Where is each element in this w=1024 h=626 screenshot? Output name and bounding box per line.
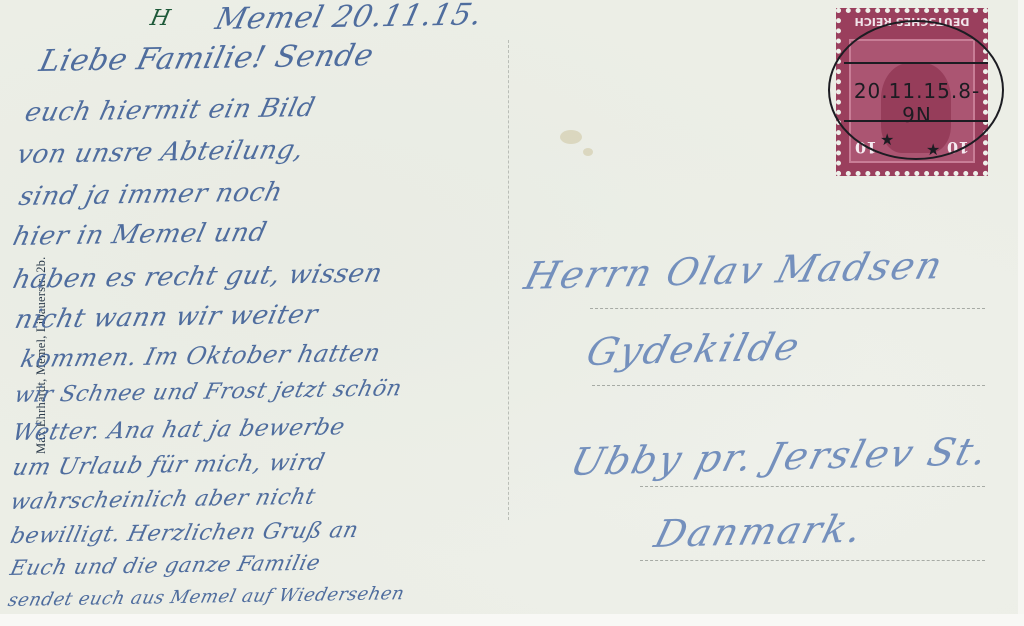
postcard: Max Ehrhardt, Memel, Libauerstr. 2b. H M… [0, 0, 1024, 626]
message-line: bewilligt. Herzlichen Gruß an [8, 518, 361, 549]
address-line-rule [640, 486, 985, 487]
message-line: Euch und die ganze Familie [8, 551, 323, 580]
message-line: Liebe Familie! Sende [36, 38, 377, 79]
postmark-bar [844, 62, 988, 64]
center-divider [508, 40, 509, 520]
message-line: sendet euch aus Memel auf Wiedersehen [6, 583, 407, 611]
message-line: euch hiermit ein Bild [22, 93, 318, 128]
message-line: von unsre Abteilung, [14, 135, 307, 170]
message-line: nicht wann wir weiter [12, 300, 321, 335]
address-recipient: Herrn Olav Madsen [520, 243, 949, 298]
message-line: sind ja immer noch [16, 177, 286, 212]
message-line: wir Schnee und Frost jetzt schön [12, 376, 404, 408]
address-street: Gydekilde [582, 324, 806, 374]
message-dateline: Memel 20.11.15. [212, 0, 486, 37]
message-line: haben es recht gut, wissen [10, 259, 385, 295]
message-line: Wetter. Ana hat ja bewerbe [10, 414, 348, 446]
address-town: Ubby pr. Jerslev St. [566, 429, 994, 484]
stain-mark [560, 130, 582, 144]
address-line-rule [590, 308, 985, 309]
message-line: um Urlaub für mich, wird [10, 450, 327, 481]
message-line: wahrscheinlich aber nicht [8, 485, 318, 515]
corner-mark: H [148, 6, 173, 31]
postmark: 20.11.15.8-9N ★ ★ [828, 20, 1004, 160]
star-icon: ★ [926, 140, 940, 159]
address-country: Danmark. [650, 507, 868, 556]
star-icon: ★ [880, 130, 894, 149]
card-edge [1018, 0, 1024, 626]
address-line-rule [592, 385, 985, 386]
postmark-bar [844, 120, 988, 122]
message-line: kommen. Im Oktober hatten [18, 339, 383, 373]
address-line-rule [640, 560, 985, 561]
stain-mark [583, 148, 593, 156]
message-line: hier in Memel und [10, 218, 270, 252]
